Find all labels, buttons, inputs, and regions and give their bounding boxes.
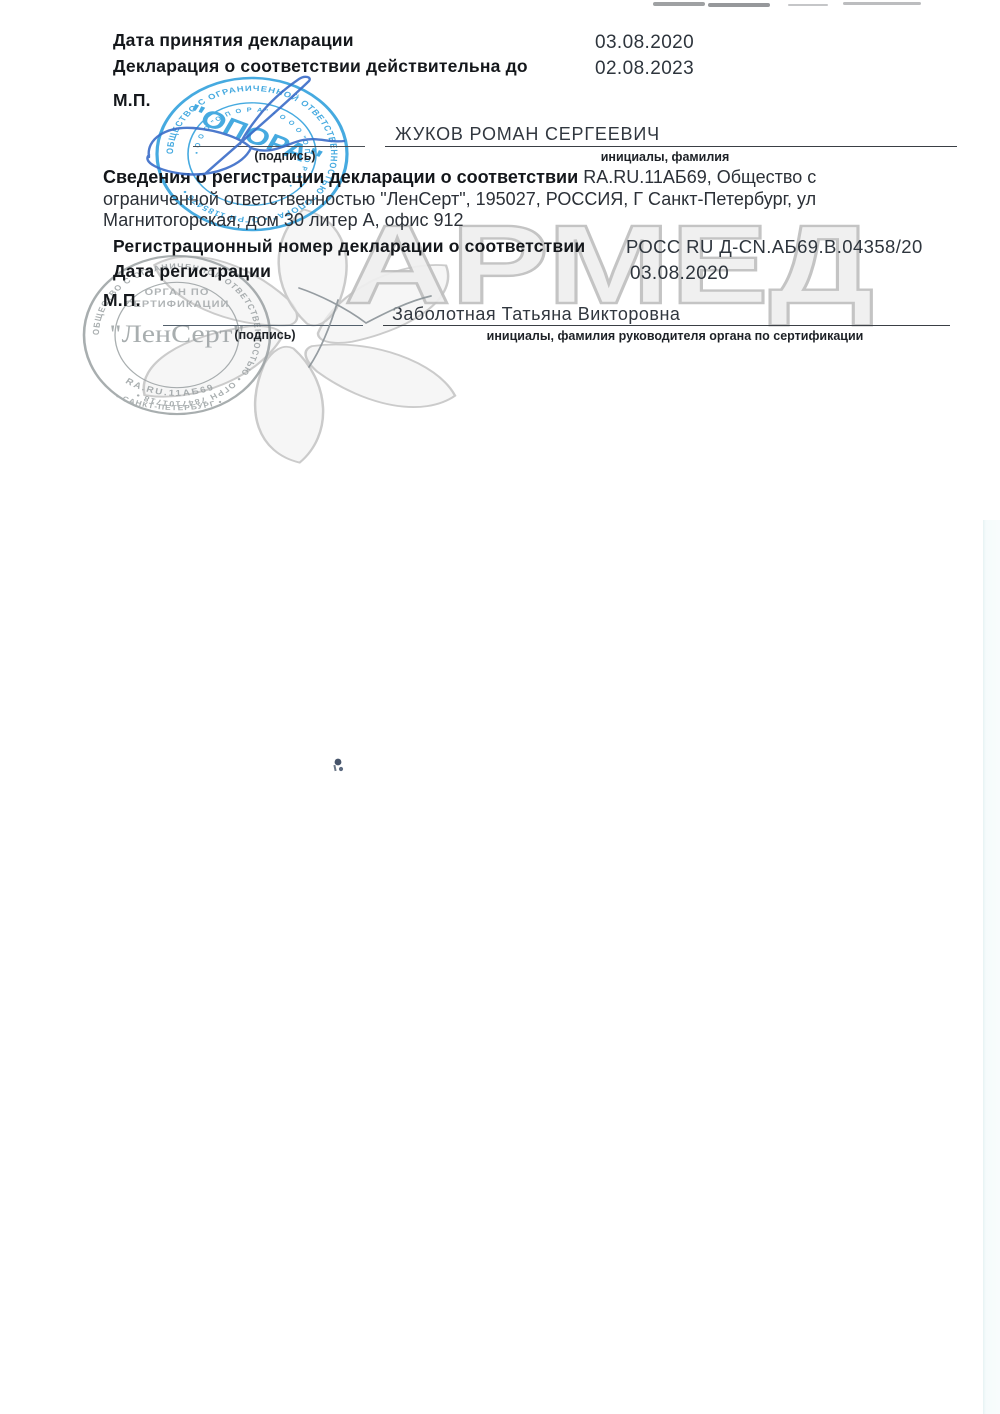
signature-line-1	[193, 146, 365, 147]
field-label-acceptance-date: Дата принятия декларации	[113, 30, 354, 51]
reg-date-value: 03.08.2020	[630, 263, 729, 285]
name-caption-2: инициалы, фамилия руководителя органа по…	[450, 329, 900, 343]
reg-number-value: РОСС RU Д-CN.АБ69.В.04358/20	[626, 236, 923, 258]
reg-number-label: Регистрационный номер декларации о соотв…	[113, 236, 585, 257]
field-label-valid-until: Декларация о соответствии действительна …	[113, 56, 528, 77]
registration-info-label: Сведения о регистрации декларации о соот…	[103, 167, 578, 187]
registration-info-paragraph: Сведения о регистрации декларации о соот…	[103, 167, 851, 232]
declarant-name: ЖУКОВ РОМАН СЕРГЕЕВИЧ	[395, 124, 660, 145]
stamp-place-mark-2: М.П.	[103, 290, 141, 311]
certification-head-name: Заболотная Татьяна Викторовна	[392, 304, 680, 325]
field-value-valid-until: 02.08.2023	[595, 58, 694, 80]
field-value-acceptance-date: 03.08.2020	[595, 32, 694, 54]
name-caption-1: инициалы, фамилия	[555, 150, 775, 164]
signature-caption-2: (подпись)	[215, 328, 315, 342]
signature-line-2	[163, 325, 363, 326]
name-line-1	[385, 146, 957, 147]
name-line-2	[383, 325, 950, 326]
signature-caption-1: (подпись)	[235, 149, 335, 163]
stamp-place-mark-1: М.П.	[113, 90, 151, 111]
reg-date-label: Дата регистрации	[113, 261, 271, 282]
scanned-declaration-page: АРМЕД ОБЩЕСТВО С ОГРАНИЧЕННОЙ ОТВЕТСТВЕН…	[0, 0, 1000, 1414]
lensert-stamp-line1: ОРГАН ПО	[145, 288, 210, 298]
